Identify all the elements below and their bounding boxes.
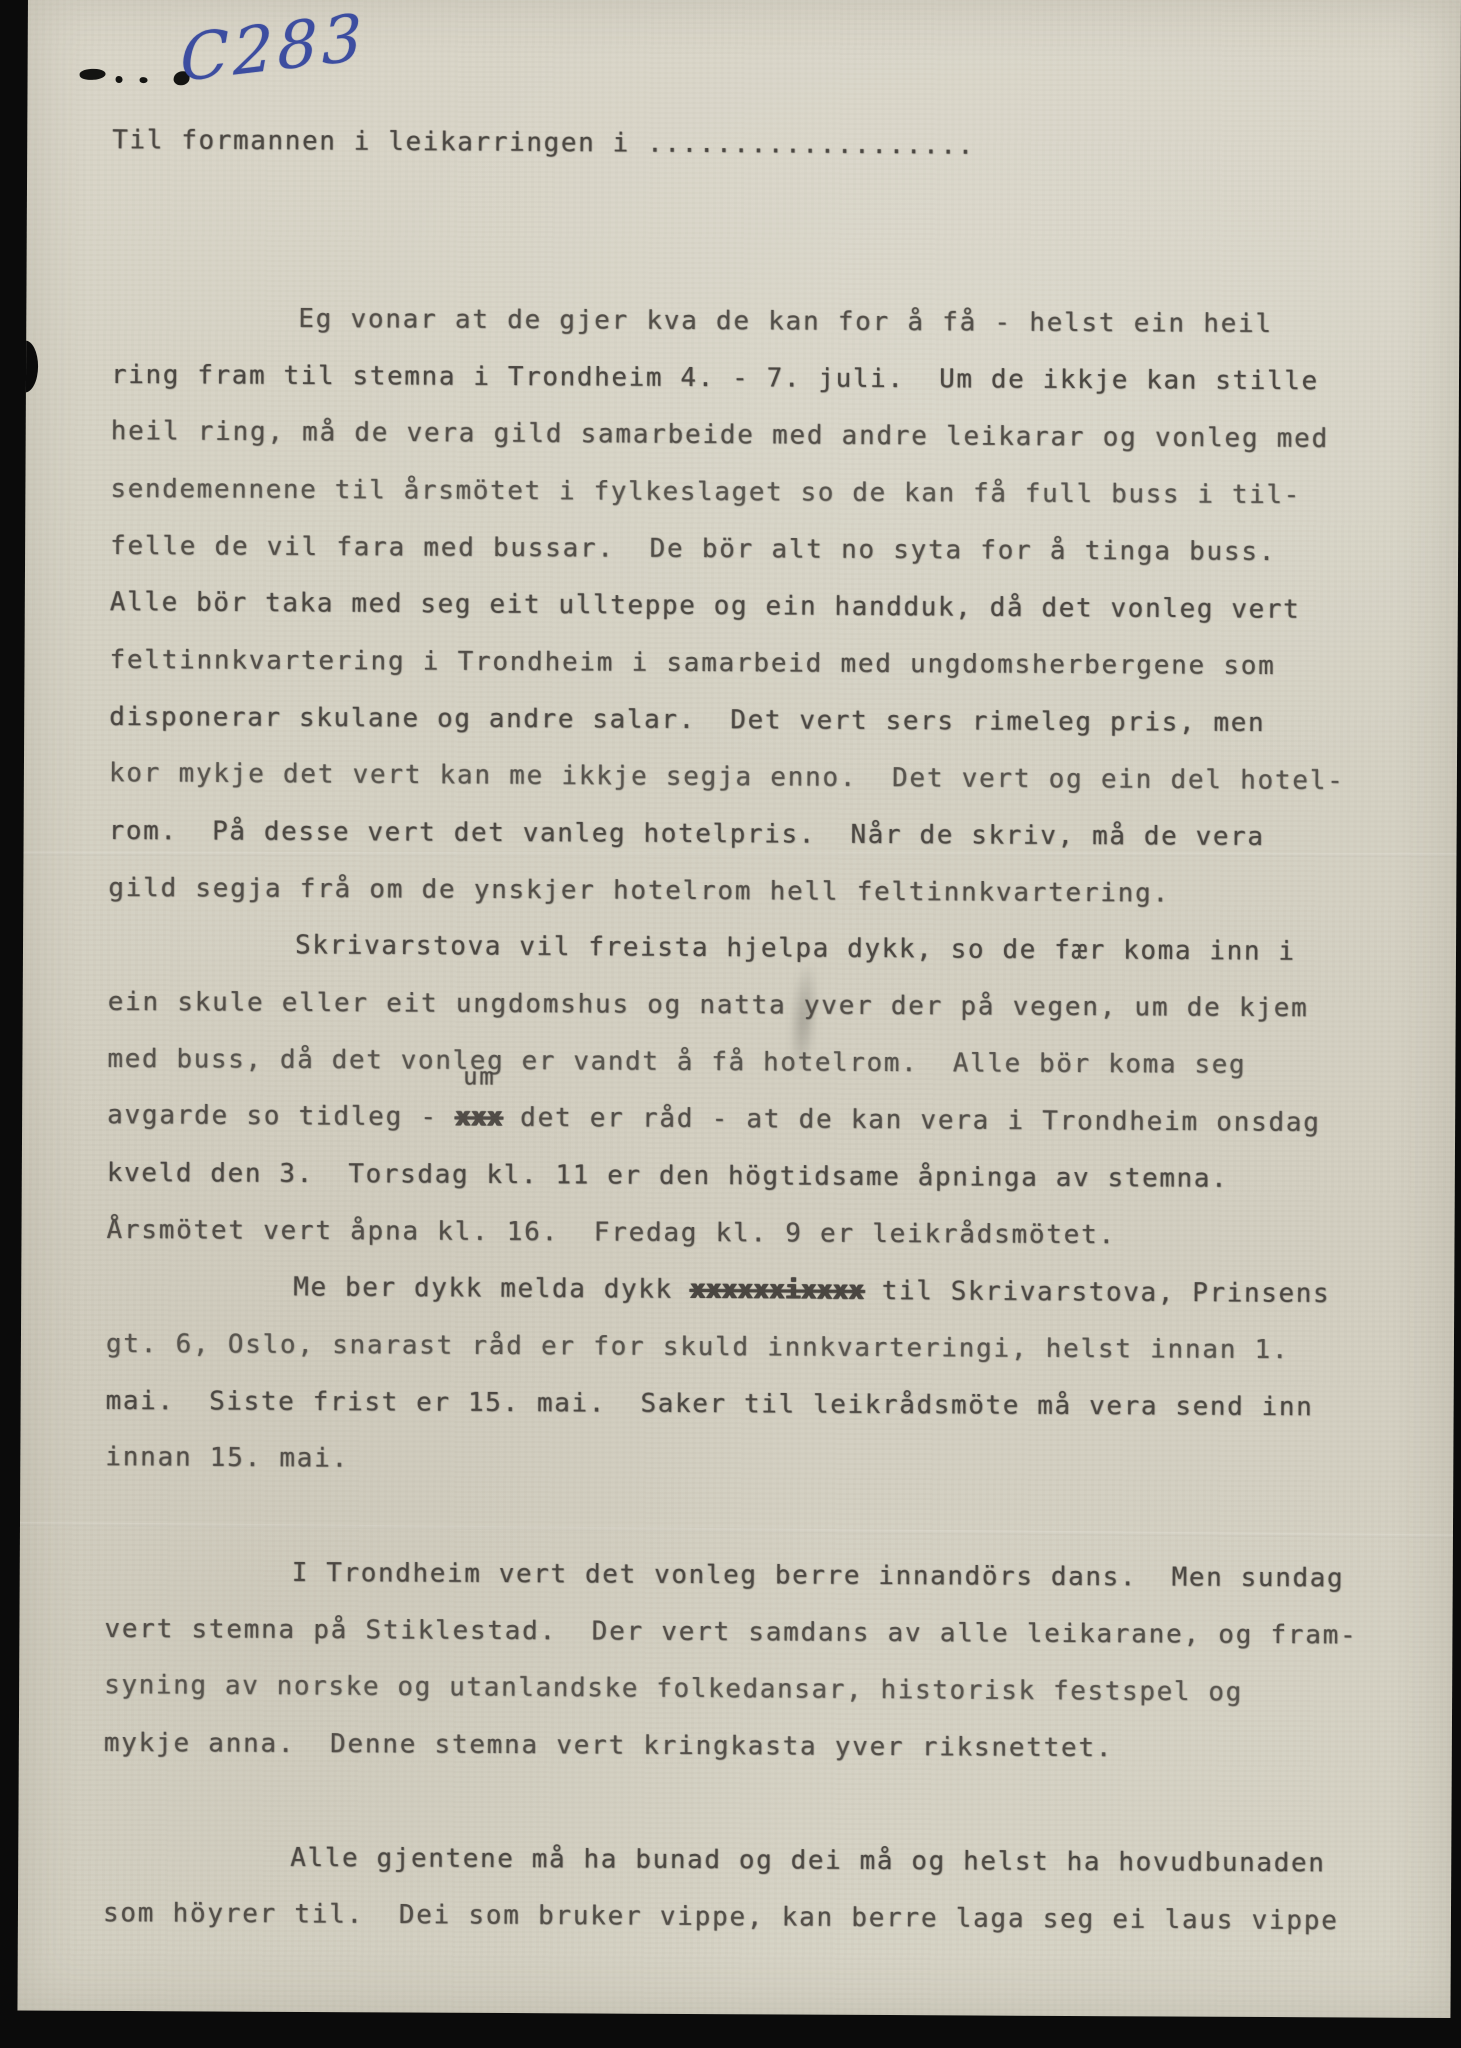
correction-above-text: um [463, 1062, 496, 1090]
typewritten-line: disponerar skulane og andre salar. Det v… [109, 689, 1427, 753]
typewritten-line: Alle bör taka med seg eit ullteppe og ei… [110, 574, 1428, 640]
typewritten-line: ein skule eller eit ungdomshus og natta … [108, 974, 1426, 1038]
typewritten-line-corrected: avgarde so tidleg - umxxx det er råd - a… [107, 1087, 1425, 1153]
typed-correction: umxxx [455, 1089, 503, 1146]
handwritten-archive-code: C283 [180, 1, 367, 97]
typewritten-line: Skrivarstova vil freista hjelpa dykk, so… [108, 916, 1426, 982]
struck-text: xxx [455, 1102, 503, 1132]
typewritten-line: felle de vil fara med bussar. De bör alt… [110, 518, 1428, 582]
typewritten-line: gt. 6, Oslo, snarast råd er for skuld in… [106, 1316, 1424, 1380]
typewritten-line: Alle gjentene må ha bunad og dei må og h… [103, 1829, 1421, 1893]
overstrike-post: til Skrivarstova, Prinsens [864, 1276, 1330, 1309]
typewritten-line: med buss, då det vonleg er vandt å få ho… [107, 1031, 1425, 1095]
typewritten-line-overstruck: Me ber dykk melda dykk xxxxxxixxxx til S… [106, 1258, 1424, 1324]
typewritten-line: Eg vonar at de gjer kva de kan for å få … [111, 290, 1429, 354]
typewritten-line: rom. På desse vert det vanleg hotelpris.… [108, 803, 1426, 867]
letter-body: Til formannen i leikarringen i .........… [103, 113, 1431, 1950]
ink-mark [79, 68, 106, 81]
ink-mark [116, 76, 123, 83]
document-paper: C283 Til formannen i leikarringen i ....… [17, 0, 1461, 2018]
typewritten-line: som höyrer til. Dei som bruker vippe, ka… [103, 1885, 1421, 1951]
correction-post: det er råd - at de kan vera i Trondheim … [503, 1103, 1321, 1138]
typewritten-line: mai. Siste frist er 15. mai. Saker til l… [105, 1373, 1423, 1437]
struck-text: xxxxxxixxxx [690, 1275, 865, 1306]
overstrike-pre: Me ber dykk melda dykk [293, 1272, 690, 1305]
salutation-line: Til formannen i leikarringen i .........… [112, 112, 1430, 178]
typewritten-line: mykje anna. Denne stemna vert kringkasta… [104, 1715, 1422, 1779]
typewritten-line: feltinnkvartering i Trondheim i samarbei… [109, 632, 1427, 696]
typewritten-line: syning av norske og utanlandske folkedan… [104, 1657, 1422, 1723]
typewritten-line: heil ring, må de vera gild samarbeide me… [111, 403, 1429, 469]
correction-pre: avgarde so tidleg - [107, 1100, 455, 1132]
ink-mark [140, 77, 148, 83]
typewritten-line: ring fram til stemna i Trondheim 4. - 7.… [111, 347, 1429, 411]
typewritten-line: kor mykje det vert kan me ikkje segja en… [109, 745, 1427, 811]
typewritten-line: gild segja frå om de ynskjer hotelrom he… [108, 860, 1426, 924]
typewritten-line: I Trondheim vert det vonleg berre innand… [105, 1544, 1423, 1608]
typewritten-line: sendemennene til årsmötet i fylkeslaget … [110, 461, 1428, 525]
scanned-letter: C283 Til formannen i leikarringen i ....… [0, 0, 1461, 2048]
paper-notch [17, 340, 38, 392]
typewritten-line: Årsmötet vert åpna kl. 16. Fredag kl. 9 … [106, 1202, 1424, 1266]
typewritten-line: kveld den 3. Torsdag kl. 11 er den högti… [107, 1145, 1425, 1209]
typewritten-line: innan 15. mai. [105, 1429, 1423, 1495]
typewritten-line: vert stemna på Stiklestad. Der vert samd… [104, 1601, 1422, 1665]
